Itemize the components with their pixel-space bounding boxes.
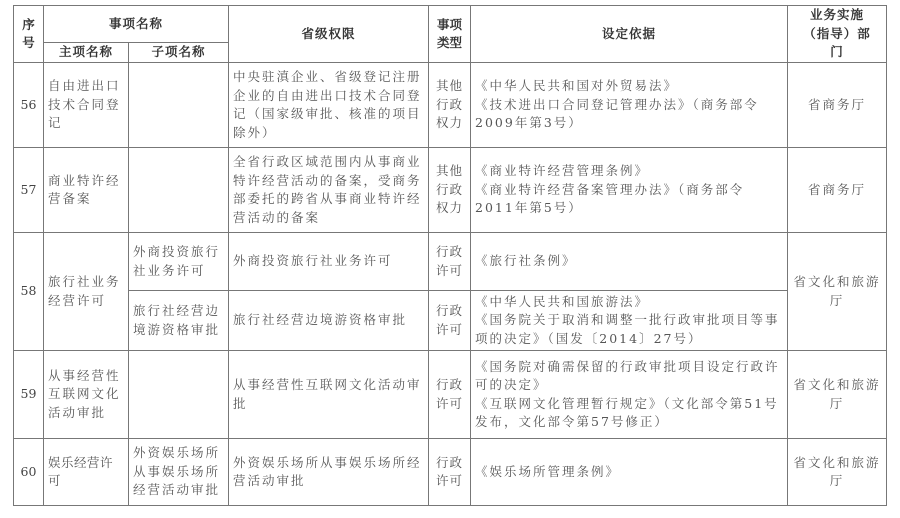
row-department: 省商务厅 [788, 148, 887, 233]
basis-line: 《旅行社条例》 [475, 252, 783, 271]
row-sub-item: 外商投资旅行社业务许可 [129, 233, 229, 291]
basis-line: 《国务院对确需保留的行政审批项目设定行政许可的决定》 [475, 358, 783, 395]
row-basis: 《国务院对确需保留的行政审批项目设定行政许可的决定》 《互联网文化管理暂行规定》… [471, 351, 788, 439]
basis-line: 《技术进出口合同登记管理办法》（商务部令2009年第3号） [475, 96, 783, 133]
row-item-type: 行政许可 [429, 351, 471, 439]
row-basis: 《商业特许经营管理条例》 《商业特许经营备案管理办法》（商务部令2011年第5号… [471, 148, 788, 233]
row-item-type: 行政许可 [429, 291, 471, 351]
row-sub-item: 外资娱乐场所从事娱乐场所经营活动审批 [129, 439, 229, 506]
basis-line: 《中华人民共和国对外贸易法》 [475, 77, 783, 96]
row-authority: 外商投资旅行社业务许可 [229, 233, 429, 291]
row-seq: 57 [14, 148, 44, 233]
row-seq: 60 [14, 439, 44, 506]
row-authority: 中央驻滇企业、省级登记注册企业的自由进出口技术合同登记（国家级审批、核准的项目除… [229, 63, 429, 148]
authority-list-table: 序号 事项名称 省级权限 事项类型 设定依据 业务实施（指导）部门 主项名称 子… [13, 5, 887, 506]
basis-line: 《国务院关于取消和调整一批行政审批项目等事项的决定》（国发〔2014〕27号） [475, 311, 783, 348]
row-item-type: 行政许可 [429, 439, 471, 506]
row-seq: 58 [14, 233, 44, 351]
header-sub-item: 子项名称 [129, 43, 229, 63]
row-sub-item: 旅行社经营边境游资格审批 [129, 291, 229, 351]
row-main-item: 娱乐经营许可 [44, 439, 129, 506]
row-item-type: 行政许可 [429, 233, 471, 291]
row-department: 省文化和旅游厅 [788, 439, 887, 506]
basis-line: 《互联网文化管理暂行规定》（文化部令第51号发布，文化部令第57号修正） [475, 395, 783, 432]
row-main-item: 自由进出口技术合同登记 [44, 63, 129, 148]
table-row: 旅行社经营边境游资格审批 旅行社经营边境游资格审批 行政许可 《中华人民共和国旅… [14, 291, 887, 351]
row-department: 省文化和旅游厅 [788, 351, 887, 439]
basis-line: 《商业特许经营管理条例》 [475, 162, 783, 181]
header-basis: 设定依据 [471, 6, 788, 63]
row-main-item: 旅行社业务经营许可 [44, 233, 129, 351]
row-authority: 从事经营性互联网文化活动审批 [229, 351, 429, 439]
header-main-item: 主项名称 [44, 43, 129, 63]
row-seq: 59 [14, 351, 44, 439]
table-row: 56 自由进出口技术合同登记 中央驻滇企业、省级登记注册企业的自由进出口技术合同… [14, 63, 887, 148]
header-seq: 序号 [14, 6, 44, 63]
row-item-type: 其他行政权力 [429, 63, 471, 148]
row-authority: 旅行社经营边境游资格审批 [229, 291, 429, 351]
table-row: 59 从事经营性互联网文化活动审批 从事经营性互联网文化活动审批 行政许可 《国… [14, 351, 887, 439]
row-basis: 《旅行社条例》 [471, 233, 788, 291]
table-row: 57 商业特许经营备案 全省行政区域范围内从事商业特许经营活动的备案，受商务部委… [14, 148, 887, 233]
row-basis: 《中华人民共和国对外贸易法》 《技术进出口合同登记管理办法》（商务部令2009年… [471, 63, 788, 148]
table-row: 58 旅行社业务经营许可 外商投资旅行社业务许可 外商投资旅行社业务许可 行政许… [14, 233, 887, 291]
row-item-type: 其他行政权力 [429, 148, 471, 233]
basis-line: 《商业特许经营备案管理办法》（商务部令2011年第5号） [475, 181, 783, 218]
header-authority: 省级权限 [229, 6, 429, 63]
row-sub-item [129, 63, 229, 148]
header-department: 业务实施（指导）部门 [788, 6, 887, 63]
row-seq: 56 [14, 63, 44, 148]
header-item-name: 事项名称 [44, 6, 229, 43]
row-main-item: 从事经营性互联网文化活动审批 [44, 351, 129, 439]
row-department: 省商务厅 [788, 63, 887, 148]
row-main-item: 商业特许经营备案 [44, 148, 129, 233]
basis-line: 《中华人民共和国旅游法》 [475, 293, 783, 312]
basis-line: 《娱乐场所管理条例》 [475, 463, 783, 482]
row-sub-item [129, 148, 229, 233]
row-authority: 全省行政区域范围内从事商业特许经营活动的备案，受商务部委托的跨省从事商业特许经营… [229, 148, 429, 233]
row-authority: 外资娱乐场所从事娱乐场所经营活动审批 [229, 439, 429, 506]
table-row: 60 娱乐经营许可 外资娱乐场所从事娱乐场所经营活动审批 外资娱乐场所从事娱乐场… [14, 439, 887, 506]
row-basis: 《娱乐场所管理条例》 [471, 439, 788, 506]
row-sub-item [129, 351, 229, 439]
row-department: 省文化和旅游厅 [788, 233, 887, 351]
row-basis: 《中华人民共和国旅游法》 《国务院关于取消和调整一批行政审批项目等事项的决定》（… [471, 291, 788, 351]
header-item-type: 事项类型 [429, 6, 471, 63]
